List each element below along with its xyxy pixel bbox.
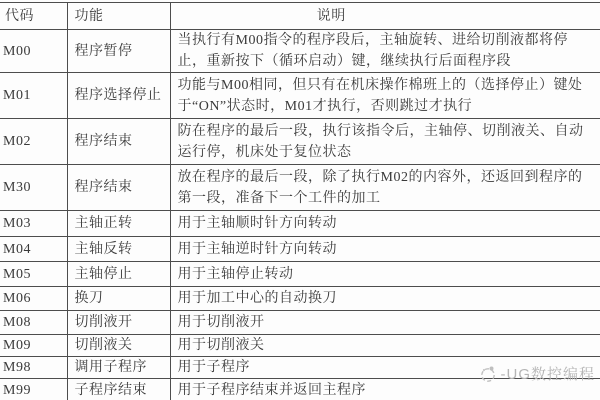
code-cell: M00 [0,30,67,73]
description-cell: 用于主轴逆时针方向转动 [170,237,600,262]
code-cell: M30 [0,165,67,211]
table-row: M04 主轴反转 用于主轴逆时针方向转动 [0,237,600,262]
description-cell: 用于主轴停止转动 [170,262,600,287]
description-cell: 放在程序的最后一段，除了执行M02的内容外，还返回到程序的第一段，准备下一个工件… [170,165,600,211]
code-cell: M04 [0,237,67,262]
function-cell: 程序选择停止 [67,73,170,119]
function-cell: 主轴正转 [67,211,170,237]
table-row: M00 程序暂停 当执行有M00指令的程序段后，主轴旋转、进给切削液都将停止，重… [0,30,600,73]
description-cell: 用于子程序 [170,357,600,379]
function-cell: 程序结束 [67,165,170,211]
code-cell: M99 [0,379,67,400]
code-cell: M02 [0,119,67,165]
table-header-row: 代码 功能 说明 [0,3,600,30]
description-cell: 用于主轴顺时针方向转动 [170,211,600,237]
code-cell: M98 [0,357,67,379]
description-cell: 防在程序的最后一段，执行该指令后，主轴停、切削液关、自动运行停，机床处于复位状态 [170,119,600,165]
description-cell: 用于加工中心的自动换刀 [170,287,600,311]
table-row: M06 换刀 用于加工中心的自动换刀 [0,287,600,311]
mcode-table: 代码 功能 说明 M00 程序暂停 当执行有M00指令的程序段后，主轴旋转、进给… [0,2,600,400]
function-cell: 主轴反转 [67,237,170,262]
table-row: M05 主轴停止 用于主轴停止转动 [0,262,600,287]
table-row: M02 程序结束 防在程序的最后一段，执行该指令后，主轴停、切削液关、自动运行停… [0,119,600,165]
description-cell: 用于切削液开 [170,311,600,335]
function-cell: 切削液开 [67,311,170,335]
code-cell: M08 [0,311,67,335]
col-header-function: 功能 [67,3,170,30]
description-cell: 功能与M00相同，但只有在机床操作棉班上的（选择停止）键处于“ON”状态时，M0… [170,73,600,119]
function-cell: 主轴停止 [67,262,170,287]
table-row: M01 程序选择停止 功能与M00相同，但只有在机床操作棉班上的（选择停止）键处… [0,73,600,119]
code-cell: M05 [0,262,67,287]
description-cell: 用于子程序结束并返回主程序 [170,379,600,400]
function-cell: 换刀 [67,287,170,311]
table-row: M99 子程序结束 用于子程序结束并返回主程序 [0,379,600,400]
code-cell: M01 [0,73,67,119]
description-cell: 当执行有M00指令的程序段后，主轴旋转、进给切削液都将停止，重新按下（循环启动）… [170,30,600,73]
code-cell: M09 [0,335,67,357]
function-cell: 子程序结束 [67,379,170,400]
code-cell: M06 [0,287,67,311]
function-cell: 程序结束 [67,119,170,165]
table-row: M98 调用子程序 用于子程序 [0,357,600,379]
function-cell: 切削液关 [67,335,170,357]
col-header-code: 代码 [0,3,67,30]
table-row: M09 切削液关 用于切削液关 [0,335,600,357]
table-row: M08 切削液开 用于切削液开 [0,311,600,335]
table-row: M30 程序结束 放在程序的最后一段，除了执行M02的内容外，还返回到程序的第一… [0,165,600,211]
document-page: 代码 功能 说明 M00 程序暂停 当执行有M00指令的程序段后，主轴旋转、进给… [0,2,600,400]
code-cell: M03 [0,211,67,237]
function-cell: 调用子程序 [67,357,170,379]
table-row: M03 主轴正转 用于主轴顺时针方向转动 [0,211,600,237]
description-cell: 用于切削液关 [170,335,600,357]
function-cell: 程序暂停 [67,30,170,73]
col-header-description: 说明 [170,3,600,30]
